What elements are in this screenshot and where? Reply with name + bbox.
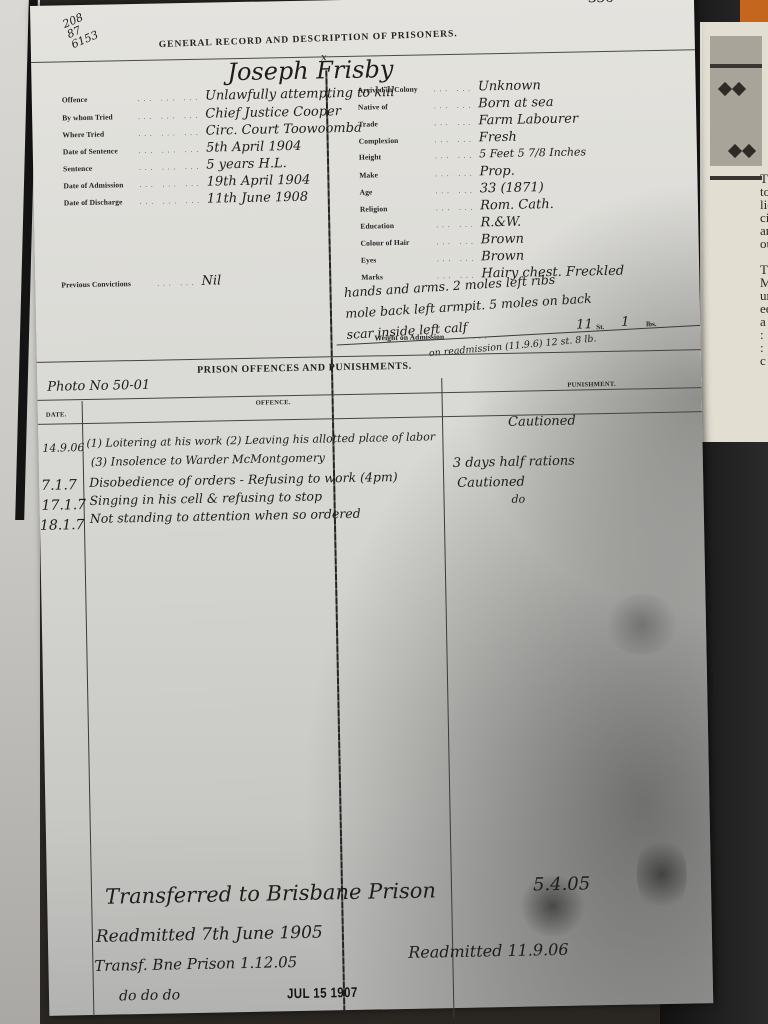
page-number: 356 — [588, 0, 614, 7]
field-native-of: Native of ... ... Born at sea — [358, 95, 554, 114]
field-value: 33 (1871) — [480, 180, 544, 196]
field-education: Education ... ... R.&W. — [360, 215, 521, 233]
field-value: Brown — [481, 232, 524, 248]
field-value: 11th June 1908 — [207, 190, 308, 207]
punishment-text: Cautioned — [508, 414, 576, 430]
leader-dots: ... ... — [450, 332, 490, 341]
leader-dots: ... ... — [157, 279, 197, 288]
transfer-note-2: Transf. Bne Prison 1.12.05 — [94, 953, 297, 975]
field-value: Nil — [201, 273, 221, 288]
field-label: Education — [360, 220, 430, 230]
field-sentence: Sentence ... ... ... 5 years H.L. — [63, 156, 287, 175]
punishment-column-rule — [441, 378, 454, 1018]
offence-text: (1) Loitering at his work (2) Leaving hi… — [86, 430, 435, 450]
diamond-ornament-icon — [728, 144, 742, 158]
field-label: Arrived in Colony — [358, 84, 428, 94]
field-religion: Religion ... ... Rom. Cath. — [360, 197, 554, 216]
offence-text: Disobedience of orders - Refusing to wor… — [89, 469, 398, 490]
table-header-rule — [38, 411, 702, 425]
field-height: Height ... ... 5 Feet 5 7/8 Inches — [359, 145, 586, 162]
transfer-note-1-date: 5.4.05 — [533, 873, 591, 895]
field-label: Date of Admission — [63, 180, 133, 190]
adjacent-document-text: Th tor-C lic a cial and our Th Min ur ee… — [760, 172, 768, 367]
offence-date: 7.1.7 — [41, 477, 77, 494]
field-value: Brown — [481, 249, 524, 265]
field-label: Eyes — [361, 254, 431, 264]
field-value: Rom. Cath. — [480, 197, 554, 213]
field-date-of-discharge: Date of Discharge ... ... ... 11th June … — [64, 190, 309, 210]
readmitted-note-1: Readmitted 7th June 1905 — [96, 923, 323, 947]
diamond-ornament-icon — [718, 82, 732, 96]
leader-dots: ... ... — [434, 101, 474, 110]
field-trade: Trade ... ... Farm Labourer — [358, 111, 578, 130]
banner-rule — [710, 176, 762, 180]
leader-dots: ... ... ... — [138, 129, 201, 138]
field-value: Circ. Court Toowoomba — [206, 121, 362, 139]
field-weight-on-admission: Weight on Admission ... ... — [374, 331, 490, 342]
ink-smudge — [636, 834, 688, 915]
field-value: Born at sea — [478, 95, 554, 111]
leader-dots: ... ... ... — [140, 197, 203, 206]
weight-stone-label: St. — [596, 323, 604, 331]
field-label: Offence — [62, 94, 132, 104]
column-header-offence: OFFENCE. — [256, 399, 291, 407]
leader-dots: ... ... — [437, 254, 477, 263]
field-label: Religion — [360, 203, 430, 213]
field-eyes: Eyes ... ... Brown — [361, 249, 525, 267]
leader-dots: ... ... — [436, 186, 476, 195]
weight-stone: 11 — [576, 317, 593, 332]
leader-dots: ... ... — [435, 135, 475, 144]
weight-lbs: 1 — [621, 315, 630, 330]
leader-dots: ... ... ... — [138, 112, 201, 121]
field-value: Chief Justice Cooper — [205, 104, 341, 122]
field-label: Native of — [358, 101, 428, 111]
field-date-of-sentence: Date of Sentence ... ... ... 5th April 1… — [63, 139, 302, 159]
diamond-ornament-icon — [742, 144, 756, 158]
offence-text: Not standing to attention when so ordere… — [90, 506, 361, 526]
section-title: PRISON OFFENCES AND PUNISHMENTS. — [197, 361, 412, 376]
punishment-text: do — [511, 493, 525, 506]
form-title: GENERAL RECORD AND DESCRIPTION OF PRISON… — [159, 29, 458, 50]
field-label: By whom Tried — [62, 112, 132, 122]
field-label: Complexion — [359, 135, 429, 145]
archive-reference: 208 87 6153 — [61, 9, 100, 50]
field-label: Weight on Admission — [374, 332, 444, 342]
offence-date: 18.1.7 — [40, 517, 85, 534]
leader-dots: ... ... — [434, 118, 474, 127]
field-complexion: Complexion ... ... Fresh — [358, 130, 516, 148]
field-label: Trade — [358, 118, 428, 128]
leader-dots: ... ... — [436, 220, 476, 229]
leader-dots: ... ... ... — [138, 94, 201, 103]
center-column-rule — [325, 70, 345, 1010]
date-stamp: JUL 15 1907 — [287, 984, 358, 1001]
leader-dots: ... ... ... — [139, 180, 202, 189]
offence-text: (3) Insolence to Warder McMontgomery — [91, 450, 325, 468]
field-make: Make ... ... Prop. — [359, 164, 515, 182]
transfer-note-1: Transferred to Brisbane Prison — [105, 878, 436, 908]
readmitted-note-2: Readmitted 11.9.06 — [408, 940, 569, 962]
field-label: Date of Discharge — [64, 197, 134, 207]
field-label: Previous Convictions — [61, 279, 151, 290]
field-value: 19th April 1904 — [207, 173, 311, 190]
prisoner-record-sheet: 208 87 6153 356 GENERAL RECORD AND DESCR… — [30, 0, 713, 1016]
punishment-text: Cautioned — [457, 475, 525, 491]
field-offence: Offence ... ... ... Unlawfully attemptin… — [62, 85, 395, 106]
field-value: 5th April 1904 — [206, 139, 302, 156]
field-value: 5 years H.L. — [206, 156, 287, 173]
field-label: Make — [359, 169, 429, 179]
photo-number: Photo No 50-01 — [47, 378, 150, 395]
ink-smudge — [601, 594, 682, 656]
leader-dots: ... ... ... — [139, 146, 202, 155]
field-arrived-in-colony: Arrived in Colony ... ... Unknown — [358, 78, 541, 97]
field-value: Fresh — [479, 130, 517, 146]
field-value: Prop. — [479, 164, 515, 180]
field-label: Height — [359, 151, 429, 161]
ditto-note: do do do — [119, 987, 180, 1004]
adjacent-document-right — [700, 22, 768, 442]
weight-lbs-label: lbs. — [646, 320, 656, 328]
leader-dots: ... ... — [437, 237, 477, 246]
field-label: Age — [360, 186, 430, 196]
field-label: Colour of Hair — [361, 237, 431, 247]
punishment-text: 3 days half rations — [453, 454, 575, 471]
leader-dots: ... ... — [434, 84, 474, 93]
field-label: Sentence — [63, 163, 133, 173]
banner-rule — [710, 64, 762, 68]
column-header-punishment: PUNISHMENT. — [567, 381, 616, 389]
leader-dots: ... ... — [435, 169, 475, 178]
field-label: Where Tried — [62, 129, 132, 139]
offence-date: 17.1.7 — [41, 497, 86, 514]
field-colour-of-hair: Colour of Hair ... ... Brown — [360, 232, 524, 250]
adjacent-document-banner — [710, 36, 762, 166]
field-where-tried: Where Tried ... ... ... Circ. Court Toow… — [62, 121, 362, 142]
leader-dots: ... ... ... — [139, 163, 202, 172]
offence-date: 14.9.06 — [42, 441, 84, 455]
field-age: Age ... ... 33 (1871) — [359, 180, 543, 199]
field-previous-convictions: Previous Convictions ... ... Nil — [61, 273, 221, 291]
diamond-ornament-icon — [732, 82, 746, 96]
field-value: Unknown — [478, 78, 541, 94]
offence-text: Singing in his cell & refusing to stop — [89, 488, 322, 507]
leader-dots: ... ... — [435, 151, 475, 160]
column-header-date: DATE. — [46, 411, 67, 418]
field-value: Farm Labourer — [478, 111, 578, 128]
field-value: 5 Feet 5 7/8 Inches — [479, 145, 586, 160]
field-value: R.&W. — [480, 215, 521, 231]
leader-dots: ... ... — [436, 203, 476, 212]
field-label: Date of Sentence — [63, 146, 133, 156]
